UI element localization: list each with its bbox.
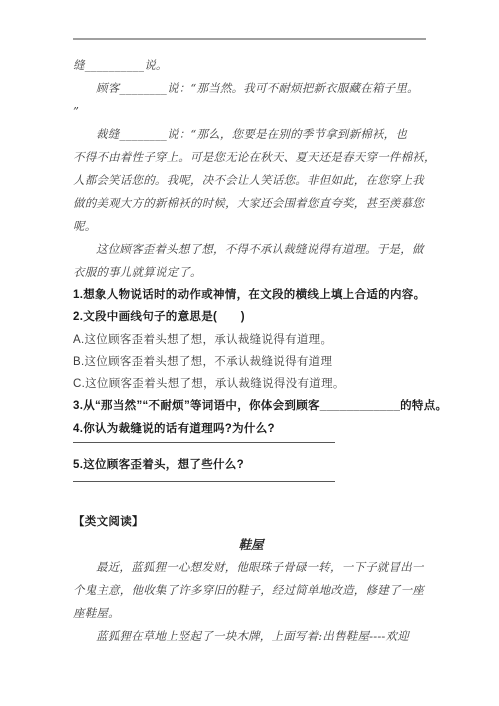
question-4: 4.你认为裁缝说的话有道理吗?为什么? [73, 418, 429, 440]
question-3: 3.从“那当然”“不耐烦”等词语中，你体会到顾客____________的特点。 [73, 395, 429, 417]
worksheet-content: 缝__________说。 顾客________说：“那当然。我可不耐烦把新衣服… [73, 54, 429, 648]
passage-line: 缝__________说。 [73, 54, 429, 77]
question-1: 1.想象人物说话时的动作或神情，在文段的横线上填上合适的内容。 [73, 284, 429, 306]
passage-line: ” [73, 100, 429, 123]
passage-line: 做的美观大方的新棉袄的时候，大家还会围着您直夸奖，甚至羡慕您 [73, 192, 429, 215]
passage-line: 呢。 [73, 215, 429, 238]
passage-line: 人都会笑话您的。我呢，决不会让人笑话您。非但如此，在您穿上我 [73, 169, 429, 192]
passage-line: 衣服的事儿就算说定了。 [73, 261, 429, 284]
story-line: 个鬼主意，他收集了许多穿旧的鞋子，经过简单地改造，修建了一座 [73, 579, 429, 602]
section-header-similar-reading: 【类文阅读】 [73, 511, 429, 533]
passage-line: 顾客________说：“那当然。我可不耐烦把新衣服藏在箱子里。 [73, 77, 429, 100]
passage-line: 这位顾客歪着头想了想，不得不承认裁缝说得有道理。于是，做 [73, 238, 429, 261]
passage-line: 裁缝________说：“那么，您要是在别的季节拿到新棉袄，也 [73, 123, 429, 146]
story-line: 最近，蓝狐狸一心想发财，他眼珠子骨碌一转，一下子就冒出一 [73, 556, 429, 579]
answer-blank-line [73, 442, 335, 443]
story-line: 座鞋屋。 [73, 602, 429, 625]
story-title: 鞋屋 [73, 534, 429, 556]
question-2-option-c: C.这位顾客歪着头想了想，承认裁缝说得没有道理。 [73, 373, 429, 395]
story-line: 蓝狐狸在草地上竖起了一块木牌，上面写着:出售鞋屋----欢迎 [73, 625, 429, 648]
worksheet-page: 缝__________说。 顾客________说：“那当然。我可不耐烦把新衣服… [0, 0, 499, 706]
question-2-option-b: B.这位顾客歪着头想了想，不承认裁缝说得有道理 [73, 351, 429, 373]
question-2-option-a: A.这位顾客歪着头想了想，承认裁缝说得有道理。 [73, 329, 429, 351]
question-5: 5.这位顾客歪着头，想了些什么? [73, 454, 429, 476]
page-top-divider [73, 38, 426, 40]
passage-line: 不得不由着性子穿上。可是您无论在秋天、夏天还是春天穿一件棉袄， [73, 146, 429, 169]
question-2: 2.文段中画线句子的意思是( ) [73, 306, 429, 328]
answer-blank-line [73, 481, 335, 482]
